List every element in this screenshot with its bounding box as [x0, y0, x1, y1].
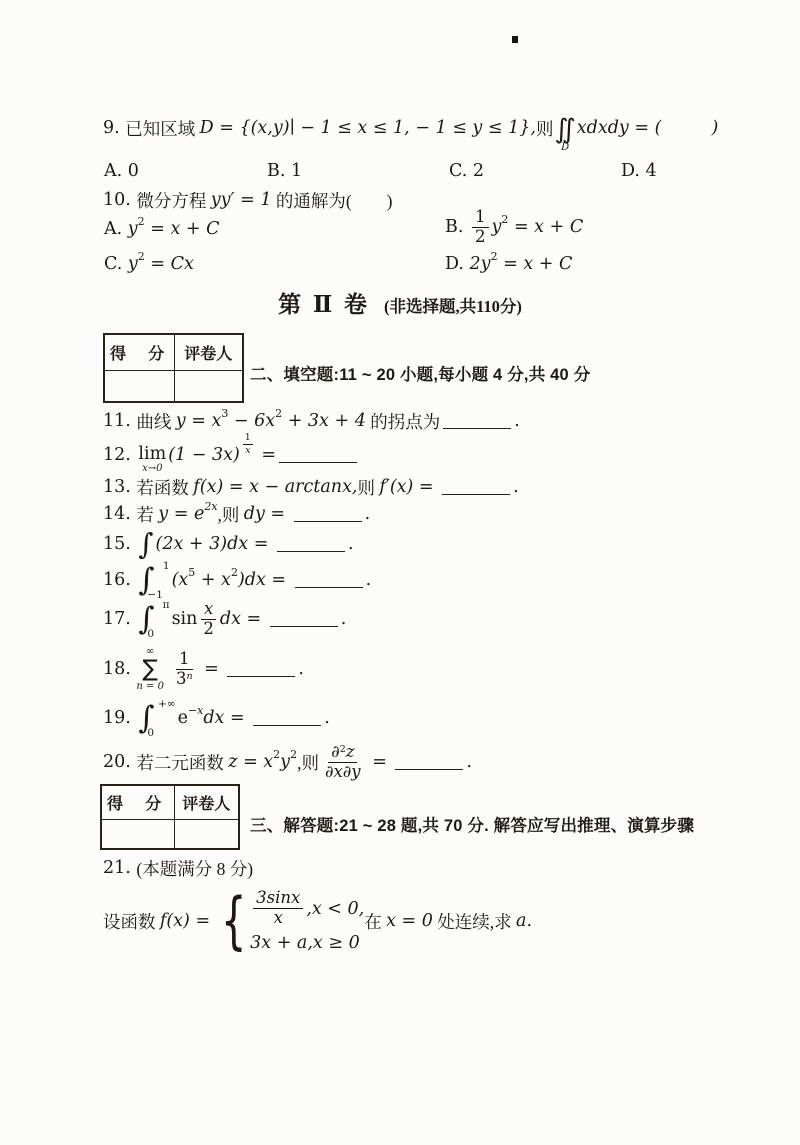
q9-math-1: D = {(x,y)∣ − 1 ≤ x ≤ 1, − 1 ≤ y ≤ 1}, [200, 118, 536, 138]
q20-math-3: = [367, 752, 393, 772]
section3-heading: 三、解答题:21 ~ 28 题,共 70 分. 解答应写出推理、演算步骤 [250, 812, 694, 836]
sum-lower-limit: n = 0 [136, 682, 164, 692]
sigma-glyph: ∑ [142, 658, 158, 681]
q20-number: 20. [103, 752, 136, 772]
q21-text-2: 在 [364, 909, 386, 934]
score-table-2: 得 分 评卷人 [100, 784, 240, 850]
frac-denominator: x [271, 909, 286, 928]
lim-glyph: lim [138, 446, 166, 464]
answer-blank [227, 676, 295, 677]
q11-math-3: + 3x + 4 [282, 411, 366, 431]
q16-math-1: (x [172, 570, 189, 590]
sum-upper-limit: ∞ [146, 647, 154, 657]
double-integral-glyph: ∬ [554, 116, 575, 143]
q12-math-2: = [256, 445, 276, 465]
partial-symbol: ∂ [331, 742, 340, 761]
q20-text-1: 若二元函数 [136, 750, 228, 775]
q13-math-1: f(x) = x − arctanx, [193, 477, 357, 497]
q20-math-2: y [280, 752, 290, 772]
summation-operator: ∞∑n = 0 [136, 647, 164, 692]
integral-upper-bound: π [163, 599, 170, 611]
score-empty-cell [101, 819, 174, 849]
q14-text-1: 若 [136, 502, 158, 527]
q9-option-a-label: A. 0 [104, 161, 139, 181]
q10-option-d-label: D. [445, 254, 470, 274]
integral-upper-bound: +∞ [158, 698, 176, 710]
question-10-stem: 10. 微分方程 yy′ = 1 的通解为( ) [103, 188, 392, 212]
q13-math-2: f′(x) = [379, 477, 439, 497]
frac-numerator: 1 [472, 208, 489, 228]
frac-numerator: 3sinx [253, 889, 303, 909]
q15-number: 15. [103, 534, 136, 554]
answer-blank [294, 521, 362, 522]
q20-period: . [466, 752, 472, 772]
score-table-2-header-row: 得 分 评卷人 [101, 785, 239, 819]
case-1-condition: ,x < 0, [306, 899, 364, 919]
partial-derivative-fraction: ∂2z∂x∂y [322, 743, 364, 782]
q9-option-d: D. 4 [621, 160, 657, 182]
answer-blank [279, 462, 357, 463]
case-row-2: 3x + a,x ≥ 0 [250, 933, 360, 953]
grader-label: 评卷人 [174, 334, 243, 370]
q21-number: 21. [103, 858, 136, 878]
q10-option-a-base: y [128, 219, 138, 239]
partial-variable: z [346, 742, 355, 761]
answer-blank [295, 587, 363, 588]
scan-artifact-speck [512, 36, 518, 43]
integral-lower-bound: 0 [147, 727, 154, 739]
score-empty-cell [104, 370, 174, 402]
frac-numerator: 1 [176, 650, 193, 670]
piecewise-cases: 3sinxx,x < 0,3x + a,x ≥ 0 [250, 889, 364, 953]
frac-denominator: 3n [173, 670, 196, 689]
q13-text-2: 则 [358, 475, 380, 500]
piecewise-brace: { [221, 890, 247, 952]
q10-option-b-label: B. [445, 217, 469, 237]
q10-option-d: D. 2y2 = x + C [445, 252, 572, 276]
frac-denominator: ∂x∂y [322, 763, 364, 782]
integral-sign: ∫ [138, 530, 153, 559]
q10-option-c-rest: = Cx [145, 254, 194, 274]
part2-title: 第 Ⅱ 卷 [278, 286, 370, 319]
q15-math-1: (2x + 3)dx = [156, 534, 274, 554]
double-integral-domain: D [561, 143, 569, 153]
q16-number: 16. [103, 570, 136, 590]
q9-math-2: xdxdy = ( ) [577, 118, 719, 138]
q14-period: . [365, 504, 371, 524]
section2-heading: 二、填空题:11 ~ 20 小题,每小题 4 分,共 40 分 [250, 361, 590, 385]
score-table-1-empty-row [104, 370, 243, 402]
q14-text-2: ,则 [218, 502, 244, 527]
q10-option-b: B. 12y2 = x + C [445, 204, 583, 250]
q12-math-1: (1 − 3x) [168, 445, 240, 465]
sin-function: sin [172, 609, 198, 629]
q9-text-1: 已知区域 [125, 116, 199, 141]
q11-text-1: 曲线 [136, 409, 175, 434]
frac-numerator: ∂2z [328, 743, 357, 763]
question-11: 11. 曲线 y = x3 − 6x2 + 3x + 4 的拐点为. [103, 408, 520, 434]
q15-period: . [348, 534, 354, 554]
q16-period: . [366, 570, 372, 590]
answer-blank [443, 428, 511, 429]
question-9-stem: 9. 已知区域 D = {(x,y)∣ − 1 ≤ x ≤ 1, − 1 ≤ y… [103, 110, 718, 146]
question-17: 17. ∫π0sinx2dx = . [103, 598, 346, 640]
exp-frac-denominator: x [245, 445, 250, 456]
q10-text-2: 的通解为( ) [271, 188, 392, 213]
score-label: 得 分 [101, 785, 174, 819]
fraction-x-over-2: x2 [200, 600, 217, 639]
q9-option-a: A. 0 [104, 160, 139, 182]
frac-denominator-base: 3 [176, 669, 187, 688]
answer-blank [277, 551, 345, 552]
q21-math-1: f(x) = [160, 911, 216, 931]
integral-lower-bound: 0 [147, 628, 154, 640]
q17-period: . [341, 609, 347, 629]
q9-number: 9. [103, 118, 125, 138]
frac-numerator: x [201, 600, 216, 620]
question-21-body: 设函数 f(x) = {3sinxx,x < 0,3x + a,x ≥ 0在 x… [103, 882, 532, 960]
question-12: 12. limx→0(1 − 3x)1x = [103, 438, 360, 472]
q10-option-c-label: C. [104, 254, 128, 274]
limit-operator: limx→0 [138, 446, 166, 474]
case-row-1: 3sinxx,x < 0, [250, 889, 364, 928]
frac-denominator: 2 [472, 228, 489, 247]
exponent-fraction: 1x [243, 432, 253, 456]
lim-subscript: x→0 [142, 464, 162, 474]
question-21-heading: 21. (本题满分 8 分) [103, 856, 253, 880]
q16-math-2: + x [195, 570, 231, 590]
question-19: 19. ∫+∞0e−xdx = . [103, 698, 330, 738]
fraction-one-over-3n: 13n [173, 650, 196, 689]
q20-text-2: ,则 [297, 750, 319, 775]
part2-header: 第 Ⅱ 卷(非选择题,共110分) [0, 286, 800, 319]
q21-math-2: x = 0 [386, 911, 433, 931]
q10-option-a: A. y2 = x + C [104, 217, 220, 241]
q11-number: 11. [103, 411, 136, 431]
integral-sign: ∫1−1 [138, 565, 169, 596]
q9-option-d-label: D. 4 [621, 161, 657, 181]
q17-number: 17. [103, 609, 136, 629]
q10-math-1: yy′ = 1 [211, 190, 272, 210]
q10-option-c-base: y [128, 254, 138, 274]
answer-blank [442, 494, 510, 495]
q11-math-1: y = x [176, 411, 222, 431]
exam-page: 9. 已知区域 D = {(x,y)∣ − 1 ≤ x ≤ 1, − 1 ≤ y… [0, 0, 800, 1145]
q13-number: 13. [103, 477, 136, 497]
answer-blank [270, 626, 338, 627]
q10-option-b-base: y [492, 217, 502, 237]
q18-number: 18. [103, 659, 136, 679]
q9-option-c: C. 2 [449, 160, 484, 182]
grader-empty-cell [174, 370, 243, 402]
integral-sign: ∫+∞0 [138, 703, 175, 734]
q12-number: 12. [103, 445, 136, 465]
q21-points: (本题满分 8 分) [136, 856, 253, 881]
fraction-one-half: 12 [472, 208, 489, 247]
q18-math-1: = [199, 659, 225, 679]
frac-denominator-exp: n [186, 671, 192, 682]
q10-option-d-rest: = x + C [498, 254, 573, 274]
integral-upper-bound: 1 [163, 560, 170, 572]
part2-subtitle: (非选择题,共110分) [384, 293, 522, 317]
q9-option-b-label: B. 1 [267, 161, 302, 181]
score-table-2-empty-row [101, 819, 239, 849]
q10-option-b-rest: = x + C [508, 217, 583, 237]
q19-period: . [324, 708, 330, 728]
q10-option-a-label: A. [104, 219, 128, 239]
q13-text-1: 若函数 [136, 475, 193, 500]
q21-text-3: 处连续,求 [433, 909, 516, 934]
grader-label: 评卷人 [174, 785, 239, 819]
q14-math-2: dy = [244, 504, 291, 524]
q14-math-1: y = e [158, 504, 204, 524]
q21-math-3: a. [516, 911, 532, 931]
q9-option-b: B. 1 [267, 160, 302, 182]
q20-math-1: z = x [228, 752, 273, 772]
q10-number: 10. [103, 190, 136, 210]
fraction-3sinx-over-x: 3sinxx [253, 889, 303, 928]
answer-blank [395, 769, 463, 770]
q21-text-1: 设函数 [103, 909, 160, 934]
question-14: 14. 若 y = e2x,则 dy = . [103, 500, 370, 528]
q16-math-3: )dx = [238, 570, 292, 590]
q9-option-c-label: C. 2 [449, 161, 484, 181]
q10-text-1: 微分方程 [136, 188, 210, 213]
q11-math-2: − 6x [228, 411, 275, 431]
q11-text-2: 的拐点为 [366, 409, 440, 434]
integral-sign: ∫π0 [138, 604, 169, 635]
double-integral: ∬D [554, 116, 575, 153]
question-13: 13. 若函数 f(x) = x − arctanx,则 f′(x) = . [103, 474, 519, 500]
score-table-1-header-row: 得 分 评卷人 [104, 334, 243, 370]
q9-text-2: 则 [536, 116, 554, 141]
frac-denominator: 2 [200, 620, 217, 639]
q18-period: . [298, 659, 304, 679]
score-table-1: 得 分 评卷人 [103, 333, 244, 403]
question-18: 18. ∞∑n = 013n = . [103, 645, 304, 693]
question-20: 20. 若二元函数 z = x2y2,则∂2z∂x∂y = . [103, 740, 472, 784]
case-2-expression: 3x + a,x ≥ 0 [250, 933, 360, 953]
q11-period: . [514, 411, 520, 431]
q19-number: 19. [103, 708, 136, 728]
q17-math-2: dx = [220, 609, 267, 629]
q10-option-a-rest: = x + C [145, 219, 220, 239]
q13-period: . [513, 477, 519, 497]
q10-option-c: C. y2 = Cx [104, 252, 194, 276]
answer-blank [253, 725, 321, 726]
grader-empty-cell [174, 819, 239, 849]
partial-order: 2 [340, 744, 346, 755]
exp-frac-numerator: 1 [243, 432, 253, 444]
question-15: 15. ∫(2x + 3)dx = . [103, 528, 354, 560]
question-16: 16. ∫1−1(x5 + x2)dx = . [103, 560, 371, 600]
q10-option-d-base: 2y [470, 254, 491, 274]
q19-math-1: e [178, 708, 188, 728]
q19-math-2: dx = [203, 708, 250, 728]
score-label: 得 分 [104, 334, 174, 370]
q14-number: 14. [103, 504, 136, 524]
